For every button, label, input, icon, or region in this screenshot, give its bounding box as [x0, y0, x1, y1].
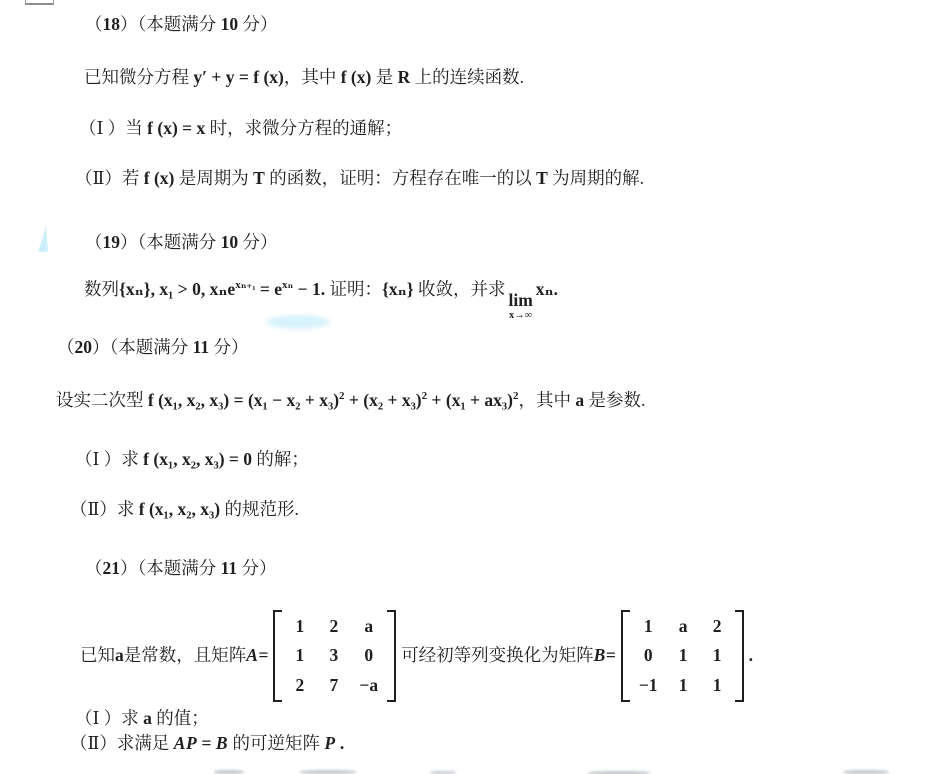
scan-artifact-top-line [25, 0, 54, 5]
text-segment: 是周期为 [174, 168, 253, 188]
text-segment: 可经初等列变换化为矩阵 [401, 644, 594, 668]
exam-document-page: （18）（本题满分 10 分） 已知微分方程 y′ + y = f (x)，其中… [0, 0, 928, 774]
matrix-cell: −1 [639, 674, 658, 698]
math-expression: f (x₁, x₂, x₃) [139, 499, 220, 519]
score-value: 11 [193, 337, 210, 357]
matrix-A-symbol: A [246, 644, 258, 668]
period: . [749, 644, 753, 668]
matrix-left-bracket [273, 610, 282, 703]
text-segment: 上的连续函数. [410, 67, 524, 87]
math-expression: − 1. [293, 279, 325, 299]
text-segment: （Ⅰ ）求 [75, 708, 143, 728]
text-segment: （Ⅰ ）当 [79, 118, 147, 138]
math-expression: + (x₁ + ax₃) [427, 390, 513, 410]
scan-artifact-bottom-smudge [300, 770, 356, 774]
problem-18-part1: （Ⅰ ）当 f (x) = x 时，求微分方程的通解； [79, 117, 402, 141]
text-segment: （ [85, 232, 103, 252]
problem-18-part2: （Ⅱ）若 f (x) 是周期为 T 的函数，证明：方程存在唯一的以 T 为周期的… [75, 167, 644, 191]
equals-sign: = [197, 733, 216, 753]
problem-number: 19 [103, 232, 121, 252]
text-segment: 已知微分方程 [84, 67, 193, 87]
text-segment: （ [85, 558, 103, 578]
math-expression: xₙ. [536, 279, 558, 299]
text-segment: ，其中 [284, 67, 341, 87]
matrix-cell: a [675, 615, 692, 639]
matrix-cell: 1 [291, 615, 308, 639]
text-segment: 分） [237, 558, 276, 578]
text-segment: 证明： [325, 279, 382, 299]
matrix-cell: 0 [639, 644, 658, 668]
math-expression: + (x₂ + x₃) [345, 390, 422, 410]
equals-sign: = [606, 644, 616, 668]
limit-word: lim [508, 292, 532, 310]
text-segment: 的解； [252, 449, 309, 469]
matrix-cell: 2 [709, 615, 726, 639]
text-segment: （Ⅱ）求满足 [70, 733, 174, 753]
problem-21-body: 已知 a 是常数，且矩阵 A = 12a13027−a 可经初等列变换化为矩阵 … [80, 610, 753, 702]
scan-artifact-bottom-smudge [843, 770, 889, 774]
text-segment: ）（本题满分 [92, 337, 193, 357]
period: . [336, 733, 345, 753]
matrix-cell: a [359, 615, 378, 639]
math-expression: f (x) [144, 168, 175, 188]
text-segment: 的函数，证明：方程存在唯一的以 [265, 168, 536, 188]
text-segment: 的规范形. [220, 499, 299, 519]
limit-subscript: x→∞ [509, 311, 532, 322]
math-symbol: B [216, 733, 228, 753]
text-segment: 的值； [152, 708, 209, 728]
matrix-cell: 7 [325, 674, 342, 698]
problem-21-heading: （21）（本题满分 11 分） [85, 557, 277, 581]
text-segment: ）（本题满分 [120, 558, 221, 578]
matrix-cell: 2 [291, 674, 308, 698]
text-segment: （ [57, 337, 75, 357]
text-segment: （ [85, 14, 103, 34]
text-segment: 已知 [80, 644, 115, 668]
text-segment: （Ⅰ ）求 [75, 449, 143, 469]
limit-operator: limx→∞ [508, 292, 532, 321]
math-expression: f (x) [341, 67, 372, 87]
text-segment: 分） [209, 337, 248, 357]
matrix-cell: 2 [325, 615, 342, 639]
matrix-A-grid: 12a13027−a [282, 610, 387, 703]
score-value: 10 [221, 14, 239, 34]
matrix-cell: 1 [709, 644, 726, 668]
text-segment: （Ⅱ）若 [75, 168, 144, 188]
problem-18-intro: 已知微分方程 y′ + y = f (x)，其中 f (x) 是 R 上的连续函… [84, 66, 524, 90]
math-exponent: xₙ [282, 279, 293, 291]
text-segment: 数列 [84, 279, 119, 299]
matrix-right-bracket [735, 610, 744, 703]
math-exponent: 2 [339, 390, 345, 402]
math-symbol: P [324, 733, 335, 753]
problem-20-heading: （20）（本题满分 11 分） [57, 336, 249, 360]
math-expression: f (x₁, x₂, x₃) = (x₁ − x₂ + x₃) [148, 390, 339, 410]
math-symbol: a [143, 708, 152, 728]
matrix-A: 12a13027−a [273, 610, 396, 703]
matrix-cell: 0 [359, 644, 378, 668]
math-symbol: T [253, 168, 265, 188]
problem-21-part2: （Ⅱ）求满足 AP = B 的可逆矩阵 P . [70, 732, 344, 756]
matrix-cell: 1 [709, 674, 726, 698]
problem-20-body: 设实二次型 f (x₁, x₂, x₃) = (x₁ − x₂ + x₃)2 +… [56, 389, 645, 413]
math-expression: f (x) = x [147, 118, 205, 138]
matrix-left-bracket [621, 610, 630, 703]
problem-20-part2: （Ⅱ）求 f (x₁, x₂, x₃) 的规范形. [70, 498, 299, 522]
text-segment: 的可逆矩阵 [228, 733, 324, 753]
text-segment: 是常数，且矩阵 [124, 644, 247, 668]
math-expression: f (x₁, x₂, x₃) = 0 [143, 449, 252, 469]
problem-20-part1: （Ⅰ ）求 f (x₁, x₂, x₃) = 0 的解； [75, 448, 309, 472]
text-segment: 分） [238, 14, 277, 34]
math-expression: = e [256, 279, 283, 299]
text-segment: 设实二次型 [56, 390, 148, 410]
matrix-B-symbol: B [594, 644, 606, 668]
score-value: 11 [221, 558, 238, 578]
text-segment: ）（本题满分 [120, 14, 221, 34]
text-segment: 时，求微分方程的通解； [205, 118, 402, 138]
problem-19-body: 数列{xₙ}, x₁ > 0, xₙexₙ₊₁ = exₙ − 1. 证明：{x… [84, 278, 558, 321]
matrix-cell: −a [359, 674, 378, 698]
text-segment: （Ⅱ）求 [70, 499, 139, 519]
problem-19-heading: （19）（本题满分 10 分） [85, 231, 278, 255]
matrix-B-grid: 1a2011−111 [630, 610, 735, 703]
math-exponent: 2 [422, 390, 428, 402]
text-segment: 收敛，并求 [414, 279, 506, 299]
math-symbol: a [115, 644, 124, 668]
matrix-cell: 3 [325, 644, 342, 668]
matrix-cell: 1 [675, 674, 692, 698]
text-segment: 为周期的解. [548, 168, 644, 188]
problem-number: 20 [75, 337, 93, 357]
equals-sign: = [258, 644, 268, 668]
text-segment: ）（本题满分 [120, 232, 221, 252]
math-expression: y′ + y = f (x) [193, 67, 283, 87]
text-segment: 是 [371, 67, 397, 87]
text-segment: 分） [238, 232, 277, 252]
score-value: 10 [221, 232, 239, 252]
problem-number: 21 [103, 558, 121, 578]
math-expression: {xₙ} [382, 279, 414, 299]
math-expression: AP [174, 733, 197, 753]
math-expression: {xₙ}, x₁ > 0, xₙe [119, 279, 235, 299]
math-exponent: xₙ₊₁ [235, 279, 255, 291]
matrix-cell: 1 [675, 644, 692, 668]
scan-artifact-bottom-smudge [214, 770, 244, 774]
matrix-B: 1a2011−111 [621, 610, 744, 703]
matrix-cell: 1 [639, 615, 658, 639]
math-symbol: T [536, 168, 548, 188]
text-segment: 是参数. [584, 390, 645, 410]
math-symbol: a [575, 390, 584, 410]
problem-21-part1: （Ⅰ ）求 a 的值； [75, 707, 209, 731]
text-segment: ，其中 [518, 390, 575, 410]
matrix-cell: 1 [291, 644, 308, 668]
matrix-right-bracket [387, 610, 396, 703]
problem-number: 18 [103, 14, 121, 34]
math-exponent: 2 [513, 390, 519, 402]
scan-artifact-cyan-wedge [38, 226, 48, 252]
problem-18-heading: （18）（本题满分 10 分） [85, 13, 278, 37]
math-symbol: R [398, 67, 411, 87]
